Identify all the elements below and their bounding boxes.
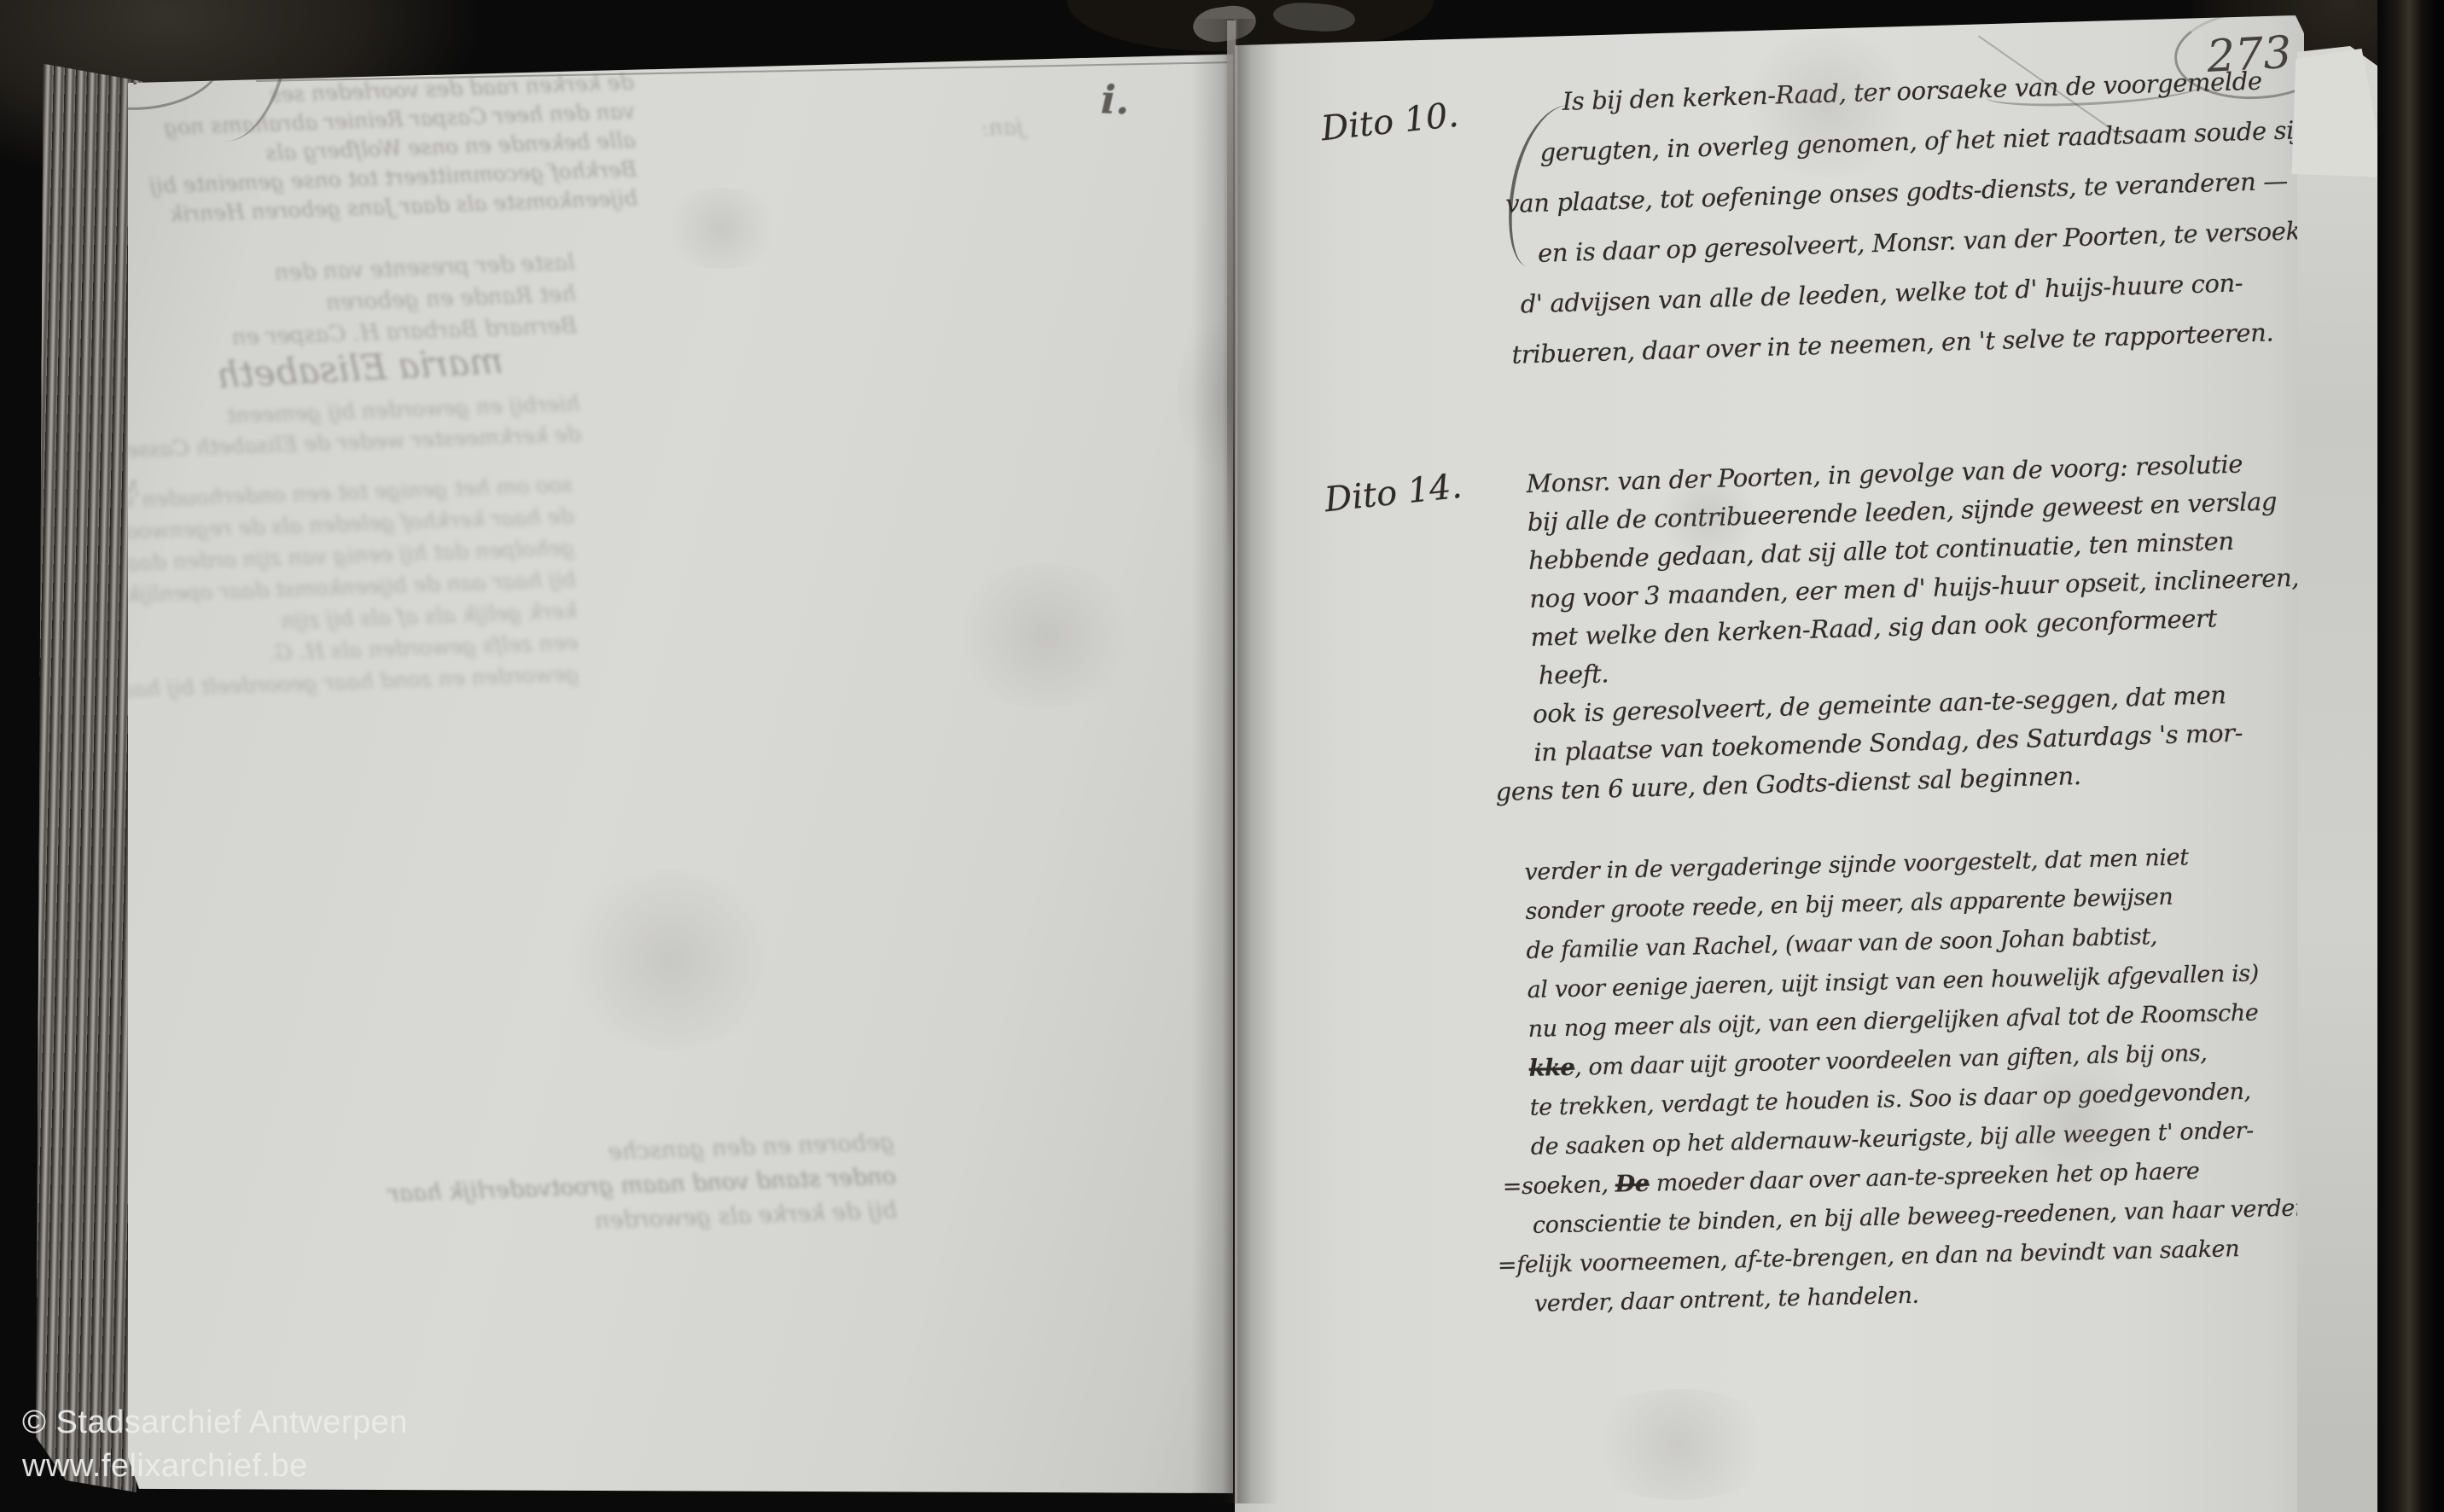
bleedthrough-block-bottom: geboren en den ganscheonder stand vond n…: [365, 1125, 898, 1247]
watermark-line-1: © Stadsarchief Antwerpen: [22, 1401, 408, 1445]
paper-stain: [555, 870, 785, 1050]
scanned-book-spread: 272. 1701. i. jan: de kerken raad des vo…: [0, 0, 2444, 1512]
paper-stain: [657, 188, 785, 269]
bleedthrough-block-middle: laste der presente van denhet Rande en g…: [79, 247, 578, 359]
paper-stain: [1994, 1056, 2156, 1184]
bleedthrough-mark: jan:: [981, 114, 1024, 142]
paper-stain: [1653, 476, 1764, 557]
left-page-edge-stack: [36, 49, 144, 1496]
book-gutter-fold: [1227, 20, 1236, 550]
watermark-line-2: www.felixarchief.be: [22, 1445, 408, 1488]
margin-label-dito-10: Dito 10.: [1319, 96, 1460, 149]
bleedthrough-block-top: de kerken raad des voorleden sesvan den …: [121, 68, 638, 231]
archive-watermark: © Stadsarchief Antwerpen www.felixarchie…: [22, 1401, 408, 1488]
margin-label-dito-14: Dito 14.: [1323, 467, 1463, 520]
book-cover-right: [2377, 0, 2444, 1512]
bleedthrough-block-middle-2: hierbij en geworden bij gemeentde kerkme…: [102, 388, 581, 466]
paper-stain: [1576, 1389, 1781, 1500]
entry-continuation-text: verder in de vergaderinge sijnde voorges…: [1524, 835, 2332, 1324]
paper-stain: [1738, 32, 1917, 177]
paper-stain: [947, 563, 1143, 708]
left-page: 272. 1701. i. jan: de kerken raad des vo…: [128, 51, 1233, 1493]
right-page: 273. Dito 10. Is bij den kerken-Raad, te…: [1235, 15, 2304, 1512]
book-gutter-shadow: [1191, 19, 1280, 1503]
gutter-ink-mark: i.: [1100, 76, 1130, 123]
paper-slip-edge: [2297, 46, 2383, 1512]
entry-dito-14-text: Monsr. van der Poorten, in gevolge van d…: [1526, 443, 2320, 811]
